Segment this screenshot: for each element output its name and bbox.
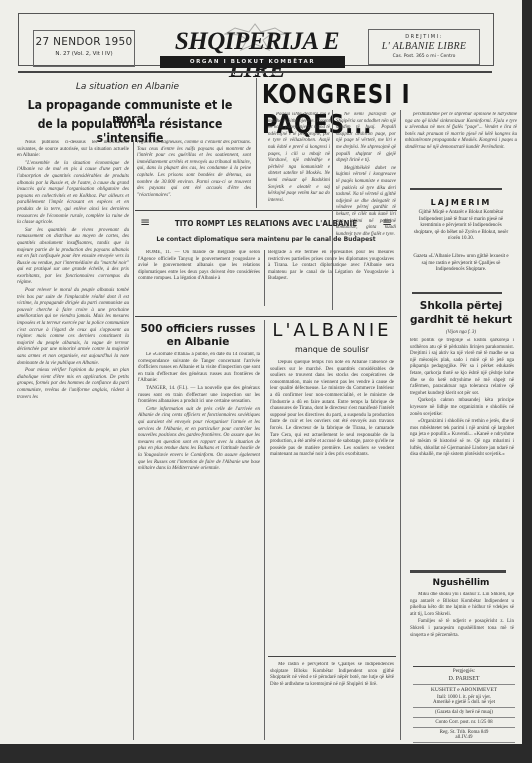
shkolla-continued: (Vijon nga f. 3) xyxy=(405,330,517,337)
column-divider xyxy=(133,140,134,740)
officiers-body: Le «Giornale d'Italia» a publié, en date… xyxy=(138,352,260,742)
newspaper-page: 27 NENDOR 1950 N. 27 (Vol. 2, Vit I IV) … xyxy=(0,0,522,744)
imprint-manager-name: D. PARISET xyxy=(413,674,515,685)
direction-box: DREJTIMI: L' ALBANIE LIBRE Cas. Post. 36… xyxy=(368,29,480,65)
kongresi-column-a: Paqeja ishtë deshira më e madhe e gjithë… xyxy=(268,112,330,312)
ngushellim-body: Miku dhe shoku yni i dashur z. Lin Shkre… xyxy=(410,592,514,662)
section-rule xyxy=(410,570,506,573)
column-divider xyxy=(264,320,265,740)
issue-number: N. 27 (Vol. 2, Vit I IV) xyxy=(34,51,134,57)
section-rule xyxy=(413,666,515,667)
direction-name: L' ALBANIE LIBRE xyxy=(369,41,479,52)
column-divider xyxy=(332,110,333,310)
imprint-account: Conto Corr. post. nr. 1/25 08 xyxy=(413,718,515,728)
shkolla-title-2: gardhit të hekurt xyxy=(405,314,517,326)
imprint-box: Pergjegjës: D. PARISET KUSHTET e ABONIME… xyxy=(413,668,515,744)
tito-column-1: ROME, 11. — On mande de Belgrade que sel… xyxy=(138,250,260,306)
kongresi-column-b: Ne kemi parasysh që Shqipëria sot ndodhe… xyxy=(336,112,396,657)
date-box: 27 NENDOR 1950 N. 27 (Vol. 2, Vit I IV) xyxy=(33,30,135,67)
imprint-frequency: (Gazeta dal dy herë në muaj) xyxy=(413,708,515,718)
direction-address: Cas. Post. 365 o mi - Centro xyxy=(369,54,479,59)
imprint-registration-1: Reg. St. Trib. Roma 849 xyxy=(413,728,515,735)
kongresi-column-c: përshtatshme për të shprehur opinione të… xyxy=(405,112,517,167)
lajmerim-note: Gazeta «L'Albanie Libre» uron gjithë lex… xyxy=(410,254,512,274)
lajmerim-body: Gjithë Miqtë e Antarët e Blokut Kombëtar… xyxy=(410,210,512,243)
shkolla-title-1: Shkolla përtej xyxy=(405,300,517,312)
imprint-printer: Tip. ITALSTAMPA. ROMA V. del Nazzareno 1… xyxy=(413,743,515,744)
direction-label: DREJTIMI: xyxy=(369,34,479,40)
officiers-headline: 500 officiers russes en Albanie xyxy=(135,323,261,349)
section-rule xyxy=(410,188,502,190)
lajmerim-title: LAJMERIM xyxy=(405,198,517,207)
section-rule xyxy=(412,292,502,294)
organ-subtitle: ORGAN I BLOKUT KOMBËTAR INDIPENDENT xyxy=(160,56,345,68)
column-divider xyxy=(256,78,257,208)
column-divider xyxy=(400,110,401,740)
issue-date: 27 NENDOR 1950 xyxy=(34,36,134,48)
situation-kicker: La situation en Albanie xyxy=(20,82,235,92)
imprint-registration-2: all.IV.49 xyxy=(413,735,515,743)
shkolla-body: tetit politik që tregonjë «i kishtu qark… xyxy=(410,338,514,560)
imprint-terms-2: Amerikë e gjetiê 5 doll. në vjet xyxy=(413,700,515,708)
masthead-rule xyxy=(18,71,492,73)
ngushellim-title: Ngushëllim xyxy=(405,578,517,588)
independence-greeting: Me rastin e përvjetorit të Çpalljes së I… xyxy=(270,662,394,740)
situation-column-2: régions montagneuses, comme si c'étaient… xyxy=(137,140,251,208)
situation-column-1: Nous publions ci-dessous les information… xyxy=(17,140,129,740)
imprint-terms-title: KUSHTET e ABONIMEVET xyxy=(413,685,515,695)
